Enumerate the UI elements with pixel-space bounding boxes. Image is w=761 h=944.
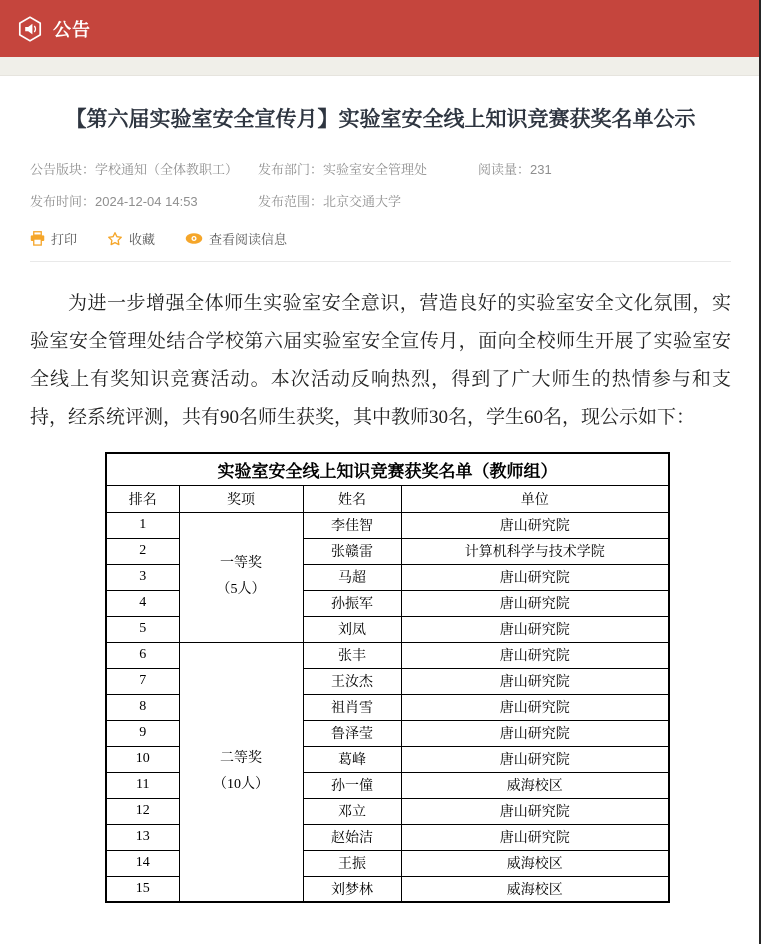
rank-cell: 14	[106, 850, 179, 876]
col-header-unit: 单位	[401, 485, 669, 512]
winners-table: 实验室安全线上知识竞赛获奖名单（教师组） 排名 奖项 姓名 单位 1 一等奖 （…	[105, 452, 670, 903]
unit-cell: 威海校区	[401, 850, 669, 876]
col-header-rank: 排名	[106, 485, 179, 512]
name-cell: 王振	[303, 850, 401, 876]
meta-board-value: 学校通知（全体教职工）	[95, 162, 238, 177]
meta-read-count-value: 231	[530, 162, 552, 177]
rank-cell: 11	[106, 772, 179, 798]
announcement-megaphone-icon	[16, 15, 44, 43]
name-cell: 孙一僮	[303, 772, 401, 798]
name-cell: 赵始洁	[303, 824, 401, 850]
name-cell: 祖肖雪	[303, 694, 401, 720]
name-cell: 张丰	[303, 642, 401, 668]
meta-department: 发布部门：实验室安全管理处	[258, 159, 478, 178]
name-cell: 刘凤	[303, 616, 401, 642]
page-header-title: 公告	[53, 16, 91, 42]
printer-icon	[30, 231, 45, 246]
award-cell-first-prize: 一等奖 （5人）	[179, 512, 303, 642]
unit-cell: 唐山研究院	[401, 720, 669, 746]
unit-cell: 唐山研究院	[401, 642, 669, 668]
rank-cell: 1	[106, 512, 179, 538]
unit-cell: 唐山研究院	[401, 824, 669, 850]
meta-read-count-label: 阅读量：	[478, 162, 530, 177]
table-header-row: 排名 奖项 姓名 单位	[106, 485, 669, 512]
meta-read-count: 阅读量：231	[478, 159, 731, 178]
unit-cell: 唐山研究院	[401, 616, 669, 642]
table-title-row: 实验室安全线上知识竞赛获奖名单（教师组）	[106, 453, 669, 485]
award-count: （10人）	[180, 772, 303, 798]
rank-cell: 12	[106, 798, 179, 824]
meta-grid: 公告版块：学校通知（全体教职工） 发布部门：实验室安全管理处 阅读量：231 发…	[30, 159, 731, 210]
name-cell: 鲁泽莹	[303, 720, 401, 746]
meta-spacer	[478, 191, 731, 210]
table-row: 1 一等奖 （5人） 李佳智 唐山研究院	[106, 512, 669, 538]
meta-publish-scope: 发布范围：北京交通大学	[258, 191, 478, 210]
award-name: 一等奖	[180, 551, 303, 577]
header-strip	[0, 57, 761, 76]
print-button-label: 打印	[51, 229, 77, 248]
view-read-info-button-label: 查看阅读信息	[209, 229, 287, 248]
award-count: （5人）	[180, 577, 303, 603]
col-header-name: 姓名	[303, 485, 401, 512]
table-title: 实验室安全线上知识竞赛获奖名单（教师组）	[106, 453, 669, 485]
rank-cell: 13	[106, 824, 179, 850]
unit-cell: 威海校区	[401, 876, 669, 902]
rank-cell: 8	[106, 694, 179, 720]
rank-cell: 7	[106, 668, 179, 694]
meta-publish-time-label: 发布时间：	[30, 194, 95, 209]
meta-publish-scope-label: 发布范围：	[258, 194, 323, 209]
meta-board: 公告版块：学校通知（全体教职工）	[30, 159, 258, 178]
name-cell: 王汝杰	[303, 668, 401, 694]
print-button[interactable]: 打印	[30, 229, 77, 248]
meta-publish-time: 发布时间：2024-12-04 14:53	[30, 191, 258, 210]
name-cell: 刘梦林	[303, 876, 401, 902]
unit-cell: 计算机科学与技术学院	[401, 538, 669, 564]
unit-cell: 唐山研究院	[401, 668, 669, 694]
rank-cell: 15	[106, 876, 179, 902]
unit-cell: 唐山研究院	[401, 590, 669, 616]
name-cell: 张赣雷	[303, 538, 401, 564]
unit-cell: 唐山研究院	[401, 564, 669, 590]
unit-cell: 唐山研究院	[401, 798, 669, 824]
name-cell: 邓立	[303, 798, 401, 824]
rank-cell: 9	[106, 720, 179, 746]
view-read-info-button[interactable]: 查看阅读信息	[185, 229, 287, 248]
unit-cell: 唐山研究院	[401, 512, 669, 538]
name-cell: 葛峰	[303, 746, 401, 772]
meta-publish-scope-value: 北京交通大学	[323, 194, 401, 209]
name-cell: 李佳智	[303, 512, 401, 538]
award-name: 二等奖	[180, 746, 303, 772]
favorite-button-label: 收藏	[129, 229, 155, 248]
eye-icon	[185, 232, 203, 245]
rank-cell: 6	[106, 642, 179, 668]
star-icon	[107, 231, 123, 247]
col-header-award: 奖项	[179, 485, 303, 512]
rank-cell: 10	[106, 746, 179, 772]
divider	[30, 261, 731, 262]
action-bar: 打印 收藏 查看阅读信息	[30, 229, 731, 248]
meta-department-label: 发布部门：	[258, 162, 323, 177]
unit-cell: 唐山研究院	[401, 746, 669, 772]
meta-board-label: 公告版块：	[30, 162, 95, 177]
name-cell: 马超	[303, 564, 401, 590]
meta-department-value: 实验室安全管理处	[323, 162, 427, 177]
unit-cell: 唐山研究院	[401, 694, 669, 720]
announcement-paragraph: 为进一步增强全体师生实验室安全意识，营造良好的实验室安全文化氛围，实验室安全管理…	[30, 285, 731, 437]
rank-cell: 5	[106, 616, 179, 642]
name-cell: 孙振军	[303, 590, 401, 616]
award-cell-second-prize: 二等奖 （10人）	[179, 642, 303, 902]
favorite-button[interactable]: 收藏	[107, 229, 155, 248]
announcement-content: 【第六届实验室安全宣传月】实验室安全线上知识竞赛获奖名单公示 公告版块：学校通知…	[0, 106, 761, 903]
rank-cell: 2	[106, 538, 179, 564]
table-row: 6 二等奖 （10人） 张丰 唐山研究院	[106, 642, 669, 668]
meta-publish-time-value: 2024-12-04 14:53	[95, 194, 198, 209]
page-header: 公告	[0, 0, 761, 57]
rank-cell: 3	[106, 564, 179, 590]
unit-cell: 威海校区	[401, 772, 669, 798]
rank-cell: 4	[106, 590, 179, 616]
announcement-title: 【第六届实验室安全宣传月】实验室安全线上知识竞赛获奖名单公示	[0, 106, 761, 133]
